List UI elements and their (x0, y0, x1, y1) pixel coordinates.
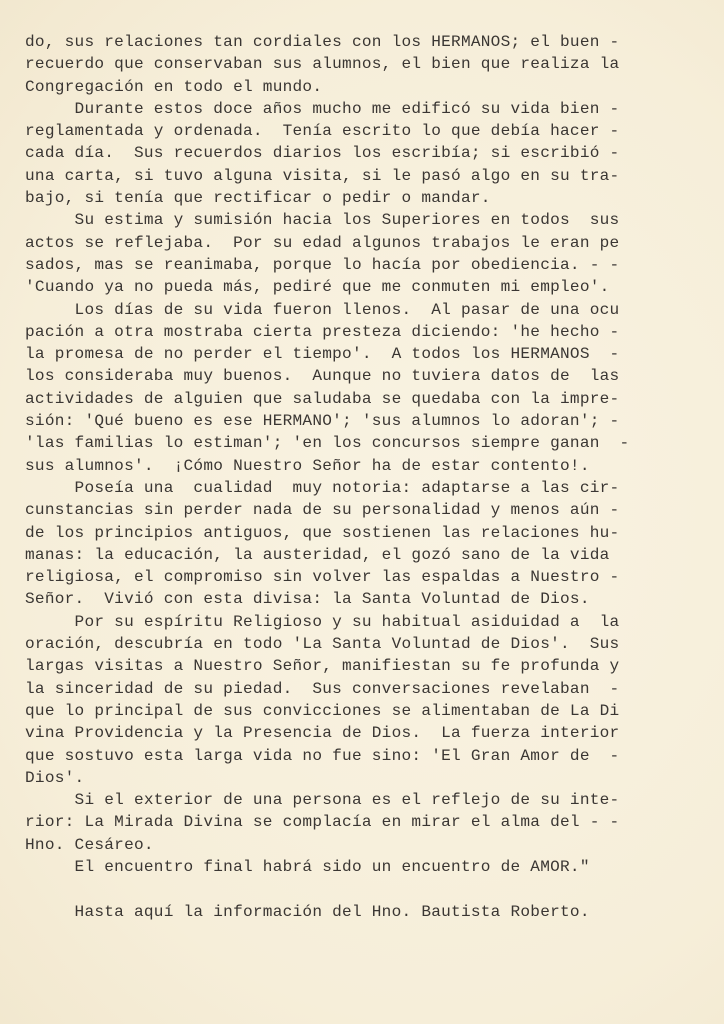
text-line: vina Providencia y la Presencia de Dios.… (25, 722, 715, 744)
text-line: 'las familias lo estiman'; 'en los concu… (25, 432, 715, 454)
typewritten-page: do, sus relaciones tan cordiales con los… (25, 31, 715, 923)
text-line: oración, descubría en todo 'La Santa Vol… (25, 633, 715, 655)
text-line: actos se reflejaba. Por su edad algunos … (25, 232, 715, 254)
text-line: Por su espíritu Religioso y su habitual … (25, 611, 715, 633)
text-line: religiosa, el compromiso sin volver las … (25, 566, 715, 588)
text-line: Hno. Cesáreo. (25, 834, 715, 856)
text-line: bajo, si tenía que rectificar o pedir o … (25, 187, 715, 209)
text-line: los consideraba muy buenos. Aunque no tu… (25, 365, 715, 387)
text-line: Congregación en todo el mundo. (25, 76, 715, 98)
text-line: 'Cuando ya no pueda más, pediré que me c… (25, 276, 715, 298)
text-line: largas visitas a Nuestro Señor, manifies… (25, 655, 715, 677)
text-line: sus alumnos'. ¡Cómo Nuestro Señor ha de … (25, 455, 715, 477)
text-line: Su estima y sumisión hacia los Superiore… (25, 209, 715, 231)
text-line: actividades de alguien que saludaba se q… (25, 388, 715, 410)
text-line: recuerdo que conservaban sus alumnos, el… (25, 53, 715, 75)
text-line: Dios'. (25, 767, 715, 789)
text-line: Hasta aquí la información del Hno. Bauti… (25, 901, 715, 923)
text-line: Poseía una cualidad muy notoria: adaptar… (25, 477, 715, 499)
text-line: sados, mas se reanimaba, porque lo hacía… (25, 254, 715, 276)
text-line: cunstancias sin perder nada de su person… (25, 499, 715, 521)
text-line: manas: la educación, la austeridad, el g… (25, 544, 715, 566)
text-line: una carta, si tuvo alguna visita, si le … (25, 165, 715, 187)
text-line: la sinceridad de su piedad. Sus conversa… (25, 678, 715, 700)
text-line: Los días de su vida fueron llenos. Al pa… (25, 299, 715, 321)
blank-line (25, 878, 715, 900)
text-line: El encuentro final habrá sido un encuent… (25, 856, 715, 878)
text-line: do, sus relaciones tan cordiales con los… (25, 31, 715, 53)
text-line: que lo principal de sus convicciones se … (25, 700, 715, 722)
text-line: de los principios antiguos, que sostiene… (25, 522, 715, 544)
text-line: cada día. Sus recuerdos diarios los escr… (25, 142, 715, 164)
text-line: pación a otra mostraba cierta presteza d… (25, 321, 715, 343)
text-line: que sostuvo esta larga vida no fue sino:… (25, 745, 715, 767)
text-line: Si el exterior de una persona es el refl… (25, 789, 715, 811)
text-line: la promesa de no perder el tiempo'. A to… (25, 343, 715, 365)
text-line: Señor. Vivió con esta divisa: la Santa V… (25, 588, 715, 610)
text-line: sión: 'Qué bueno es ese HERMANO'; 'sus a… (25, 410, 715, 432)
text-line: Durante estos doce años mucho me edificó… (25, 98, 715, 120)
text-line: rior: La Mirada Divina se complacía en m… (25, 811, 715, 833)
text-line: reglamentada y ordenada. Tenía escrito l… (25, 120, 715, 142)
